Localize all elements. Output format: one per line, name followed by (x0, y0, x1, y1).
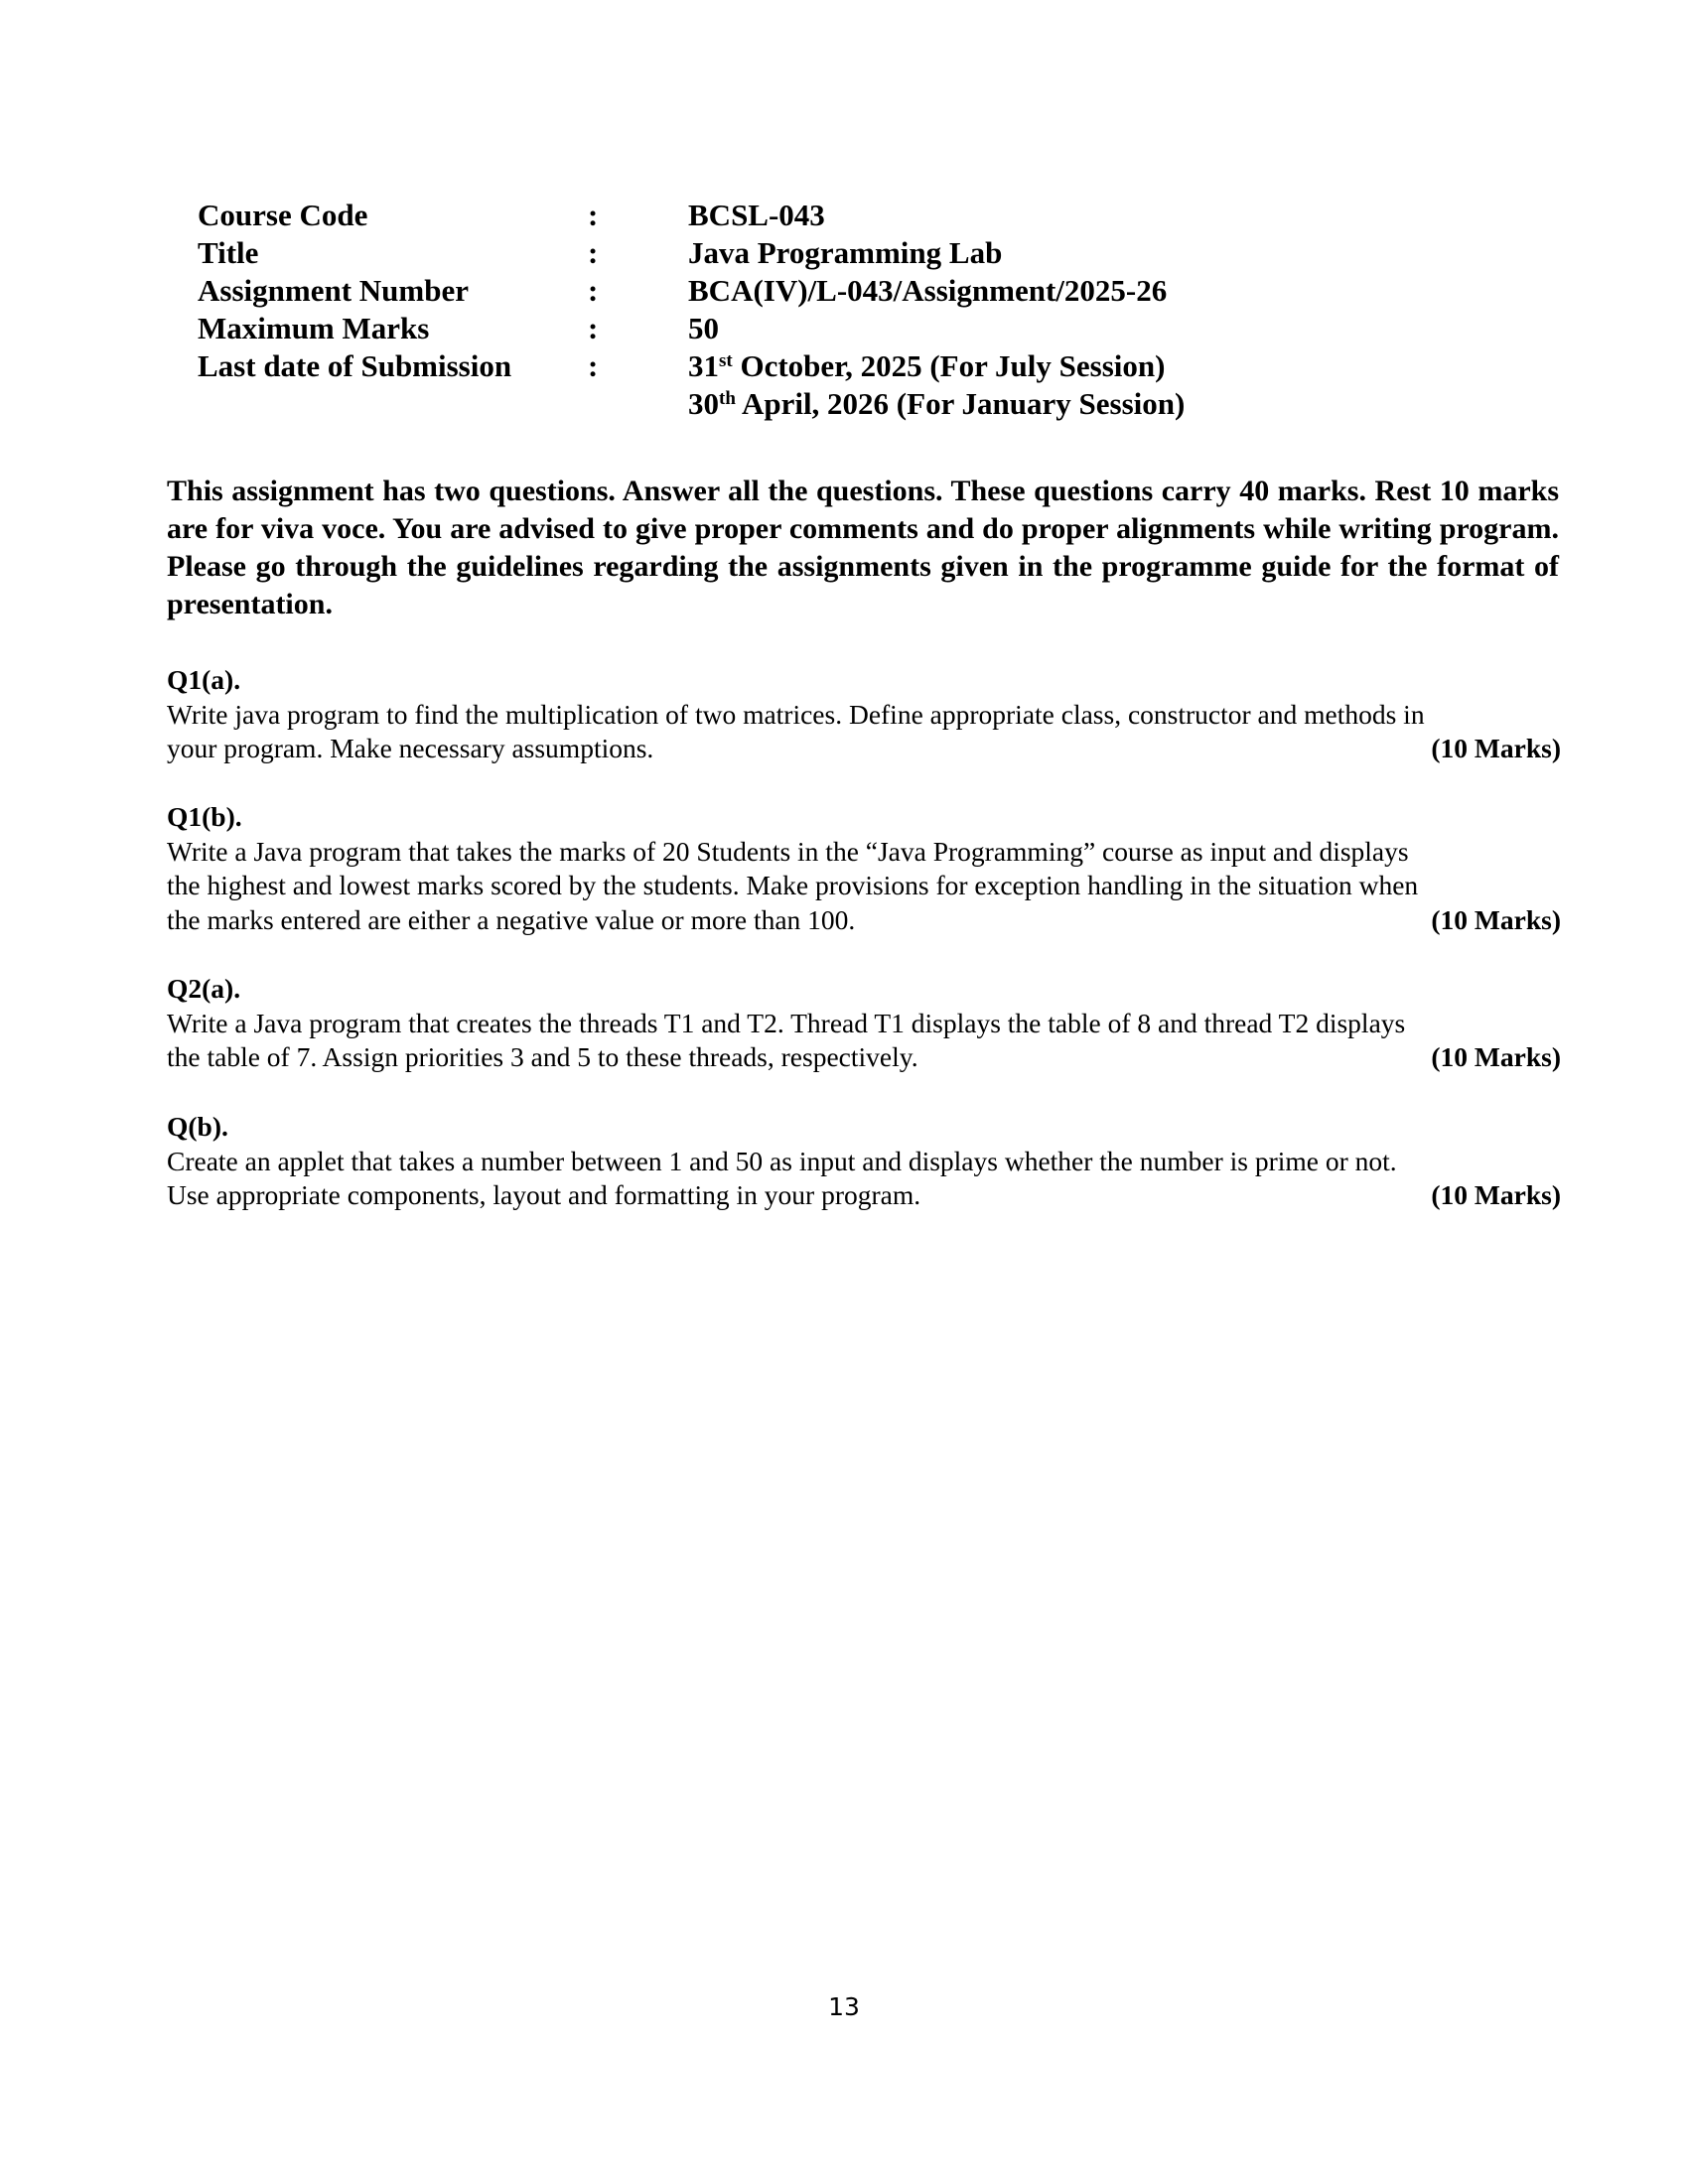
question-title: Q2(a). (167, 972, 1561, 1007)
question-text-line: Use appropriate components, layout and f… (167, 1178, 920, 1213)
separator: : (588, 234, 598, 272)
title-label: Title (198, 234, 258, 272)
maximum-marks-value: 50 (688, 310, 719, 347)
date-rest: October, 2025 (For July Session) (733, 348, 1166, 383)
question-text-line: Write java program to find the multiplic… (167, 698, 1561, 733)
question-title: Q1(b). (167, 800, 1561, 835)
date-day: 31 (688, 348, 719, 383)
page-number: 13 (0, 1992, 1688, 2021)
question-last-line: Use appropriate components, layout and f… (167, 1178, 1561, 1213)
separator: : (588, 310, 598, 347)
question-text-line: Create an applet that takes a number bet… (167, 1145, 1561, 1179)
question-text-line: the marks entered are either a negative … (167, 903, 855, 938)
question-text-line: the table of 7. Assign priorities 3 and … (167, 1040, 918, 1075)
separator: : (588, 197, 598, 234)
question-text-line: the highest and lowest marks scored by t… (167, 869, 1561, 903)
assignment-number-value: BCA(IV)/L-043/Assignment/2025-26 (688, 272, 1167, 310)
question-q2b: Q(b). Create an applet that takes a numb… (167, 1110, 1561, 1213)
separator: : (588, 272, 598, 310)
question-q2a: Q2(a). Write a Java program that creates… (167, 972, 1561, 1075)
question-text-line: Write a Java program that takes the mark… (167, 835, 1561, 870)
last-date-label: Last date of Submission (198, 347, 511, 385)
date-day: 30 (688, 386, 719, 421)
course-code-label: Course Code (198, 197, 367, 234)
marks-label: (10 Marks) (1431, 1040, 1561, 1075)
question-title: Q1(a). (167, 663, 1561, 698)
marks-label: (10 Marks) (1431, 1178, 1561, 1213)
separator: : (588, 347, 598, 385)
assignment-number-label: Assignment Number (198, 272, 469, 310)
question-text-line: Write a Java program that creates the th… (167, 1007, 1561, 1041)
question-text-line: your program. Make necessary assumptions… (167, 732, 653, 766)
question-last-line: the marks entered are either a negative … (167, 903, 1561, 938)
question-q1b: Q1(b). Write a Java program that takes t… (167, 800, 1561, 937)
marks-label: (10 Marks) (1431, 903, 1561, 938)
course-code-value: BCSL-043 (688, 197, 825, 234)
question-title: Q(b). (167, 1110, 1561, 1145)
question-last-line: your program. Make necessary assumptions… (167, 732, 1561, 766)
date-ordinal-suffix: th (719, 388, 736, 409)
question-q1a: Q1(a). Write java program to find the mu… (167, 663, 1561, 766)
date-rest: April, 2026 (For January Session) (736, 386, 1185, 421)
question-last-line: the table of 7. Assign priorities 3 and … (167, 1040, 1561, 1075)
date-ordinal-suffix: st (719, 350, 733, 371)
january-session-date: 30th April, 2026 (For January Session) (688, 385, 1185, 423)
assignment-instructions: This assignment has two questions. Answe… (167, 473, 1559, 623)
maximum-marks-label: Maximum Marks (198, 310, 429, 347)
title-value: Java Programming Lab (688, 234, 1002, 272)
july-session-date: 31st October, 2025 (For July Session) (688, 347, 1165, 385)
marks-label: (10 Marks) (1431, 732, 1561, 766)
